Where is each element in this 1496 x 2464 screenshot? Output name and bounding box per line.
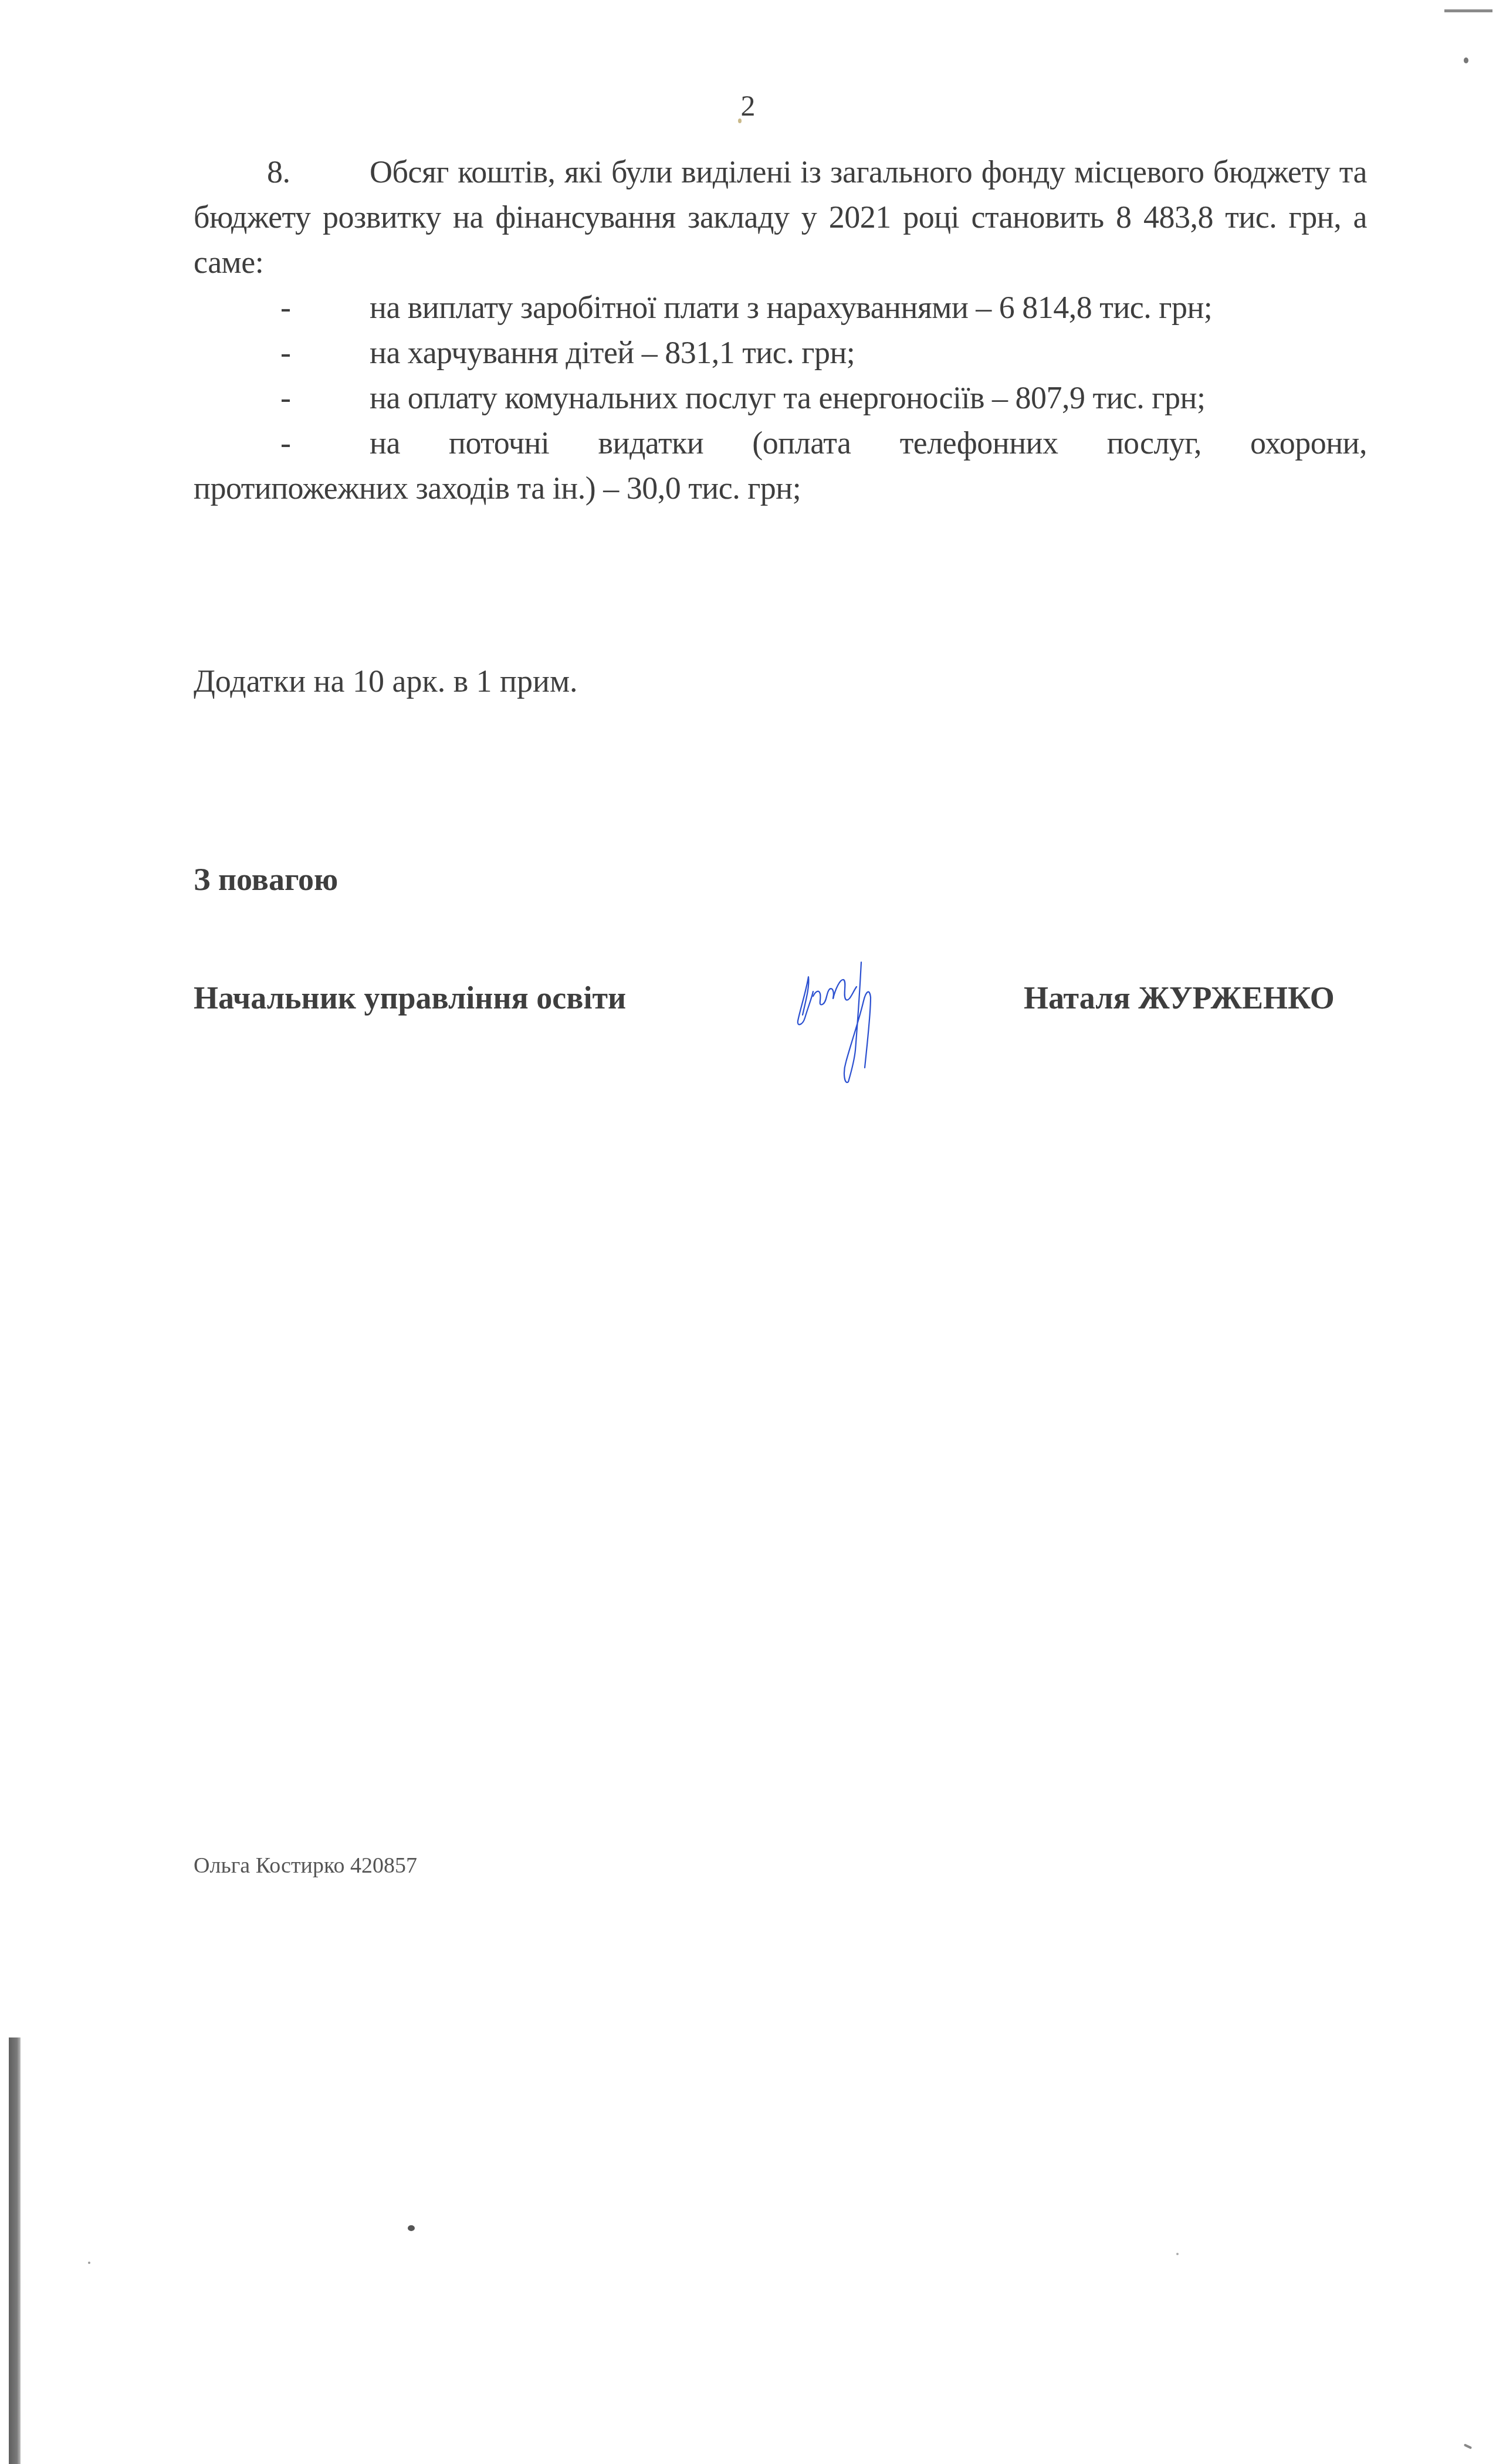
scan-speck: [1464, 2443, 1472, 2449]
list-item: -на оплату комунальних послуг та енергон…: [194, 375, 1367, 421]
scan-speck: [88, 2262, 90, 2264]
list-item-text: на харчування дітей – 831,1 тис. грн;: [370, 335, 855, 370]
list-item: - на поточні видатки (оплата телефонних …: [194, 421, 1367, 511]
list-item-text-line1: на поточні видатки (оплата телефонних по…: [194, 421, 1367, 466]
signer-title: Начальник управління освіти: [194, 980, 626, 1016]
scan-speck: [1176, 2253, 1179, 2255]
signature-icon: [792, 950, 933, 1091]
document-body: 8.Обсяг коштів, які були виділені із заг…: [194, 150, 1367, 511]
paragraph-8: 8.Обсяг коштів, які були виділені із заг…: [194, 150, 1367, 285]
scan-artifact-line: [1444, 9, 1492, 12]
list-item-text: на оплату комунальних послуг та енергоно…: [370, 380, 1205, 415]
page-number: 2: [0, 88, 1496, 123]
list-item-text: на виплату заробітної плати з нарахуванн…: [370, 290, 1212, 325]
dash-bullet: -: [280, 421, 290, 466]
signer-name: Наталя ЖУРЖЕНКО: [1024, 980, 1335, 1016]
scan-speck: [1464, 57, 1468, 63]
list-item-text-line2: протипожежних заходів та ін.) – 30,0 тис…: [194, 466, 1367, 511]
dash-bullet: -: [280, 285, 290, 330]
dash-bullet: -: [280, 375, 290, 421]
scan-speck: [408, 2225, 415, 2231]
executor-contact: Ольга Костирко 420857: [194, 1853, 417, 1879]
list-item: -на виплату заробітної плати з нарахуван…: [194, 285, 1367, 330]
closing-phrase: З повагою: [194, 861, 338, 898]
paragraph-number: 8.: [267, 150, 370, 195]
appendix-note: Додатки на 10 арк. в 1 прим.: [194, 663, 578, 699]
paragraph-text: Обсяг коштів, які були виділені із загал…: [194, 154, 1367, 280]
list-item: -на харчування дітей – 831,1 тис. грн;: [194, 330, 1367, 375]
dash-bullet: -: [280, 330, 290, 375]
scan-edge-shadow: [9, 2037, 21, 2464]
